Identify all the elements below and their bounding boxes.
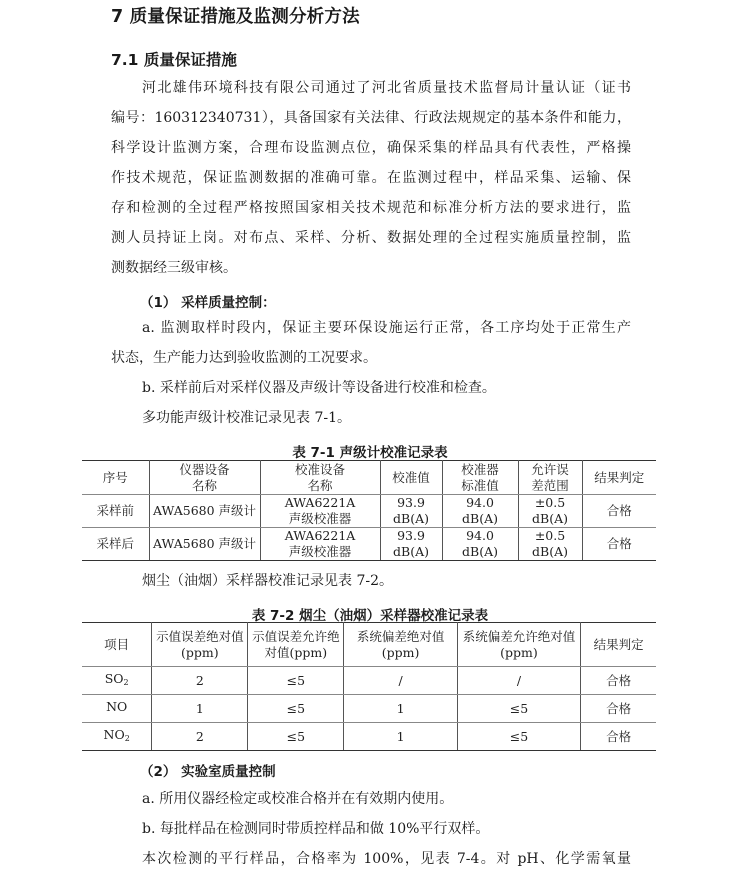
cell-system-dev: / bbox=[344, 667, 457, 695]
header-cell: 校准值 bbox=[380, 461, 442, 495]
header-cell: 项目 bbox=[82, 623, 152, 667]
header-cell: 系统偏差绝对值(ppm) bbox=[344, 623, 457, 667]
cell-system-allow: / bbox=[457, 667, 580, 695]
cell-calibrator: AWA6221A声级校准器 bbox=[260, 495, 380, 528]
table-7-2: 项目 示值误差绝对值(ppm) 示值误差允许绝对值(ppm) 系统偏差绝对值(p… bbox=[82, 622, 656, 751]
table-row: 采样前 AWA5680 声级计 AWA6221A声级校准器 93.9dB(A) … bbox=[82, 495, 656, 528]
cell-indication-allow: ≤5 bbox=[248, 667, 344, 695]
cell-item: SO2 bbox=[82, 667, 152, 695]
table-row: NO 1 ≤5 1 ≤5 合格 bbox=[82, 695, 656, 723]
section-heading: 7 质量保证措施及监测分析方法 bbox=[111, 3, 360, 28]
cell-system-dev: 1 bbox=[344, 723, 457, 751]
cell-seq: 采样后 bbox=[82, 528, 149, 561]
cell-system-allow: ≤5 bbox=[457, 723, 580, 751]
paragraph-line: 河北雄伟环境科技有限公司通过了河北省质量技术监督局计量认证（证书 bbox=[111, 73, 631, 103]
subsection-heading: 7.1 质量保证措施 bbox=[111, 48, 237, 70]
cell-indication-error: 1 bbox=[152, 695, 248, 723]
cell-result: 合格 bbox=[582, 495, 656, 528]
cell-tolerance: ±0.5dB(A) bbox=[518, 528, 582, 561]
cell-system-allow: ≤5 bbox=[457, 695, 580, 723]
cell-seq: 采样前 bbox=[82, 495, 149, 528]
cell-instrument: AWA5680 声级计 bbox=[149, 495, 260, 528]
header-cell: 序号 bbox=[82, 461, 149, 495]
cell-result: 合格 bbox=[581, 723, 656, 751]
header-cell: 结果判定 bbox=[582, 461, 656, 495]
lab-qc-item-b: b. 每批样品在检测同时带质控样品和做 10%平行双样。 bbox=[142, 814, 489, 844]
cell-result: 合格 bbox=[581, 695, 656, 723]
header-cell: 示值误差绝对值(ppm) bbox=[152, 623, 248, 667]
table-7-1-caption: 表 7-1 声级计校准记录表 bbox=[80, 441, 660, 461]
cell-indication-error: 2 bbox=[152, 723, 248, 751]
paragraph-line: 作技术规范，保证监测数据的准确可靠。在监测过程中，样品采集、运输、保 bbox=[111, 163, 631, 193]
table-7-1: 序号 仪器设备名称 校准设备名称 校准值 校准器标准值 允许误差范围 结果判定 … bbox=[82, 460, 656, 561]
intro-paragraph: 河北雄伟环境科技有限公司通过了河北省质量技术监督局计量认证（证书 编号：1603… bbox=[111, 73, 631, 283]
cell-tolerance: ±0.5dB(A) bbox=[518, 495, 582, 528]
paragraph-line: 状态，生产能力达到验收监测的工况要求。 bbox=[111, 343, 631, 373]
header-cell: 系统偏差允许绝对值(ppm) bbox=[457, 623, 580, 667]
lab-qc-title: （2） 实验室质量控制 bbox=[140, 760, 276, 780]
table-7-1-reference: 多功能声级计校准记录见表 7-1。 bbox=[142, 403, 351, 433]
header-cell: 仪器设备名称 bbox=[149, 461, 260, 495]
cell-item: NO2 bbox=[82, 723, 152, 751]
cell-standard: 94.0dB(A) bbox=[442, 528, 518, 561]
sampling-qc-title: （1） 采样质量控制： bbox=[140, 291, 276, 311]
document-page: 7 质量保证措施及监测分析方法 7.1 质量保证措施 河北雄伟环境科技有限公司通… bbox=[0, 0, 740, 873]
cell-value: 93.9dB(A) bbox=[380, 495, 442, 528]
header-cell: 允许误差范围 bbox=[518, 461, 582, 495]
table-7-2-reference: 烟尘（油烟）采样器校准记录见表 7-2。 bbox=[142, 566, 393, 596]
table-row: SO2 2 ≤5 / / 合格 bbox=[82, 667, 656, 695]
cell-item: NO bbox=[82, 695, 152, 723]
cell-standard: 94.0dB(A) bbox=[442, 495, 518, 528]
table-header-row: 序号 仪器设备名称 校准设备名称 校准值 校准器标准值 允许误差范围 结果判定 bbox=[82, 461, 656, 495]
sampling-qc-item-a: a. 监测取样时段内，保证主要环保设施运行正常，各工序均处于正常生产 状态，生产… bbox=[111, 313, 631, 373]
cell-calibrator: AWA6221A声级校准器 bbox=[260, 528, 380, 561]
paragraph-line: 测人员持证上岗。对布点、采样、分析、数据处理的全过程实施质量控制，监 bbox=[111, 223, 631, 253]
cell-result: 合格 bbox=[582, 528, 656, 561]
cell-value: 93.9dB(A) bbox=[380, 528, 442, 561]
header-cell: 校准设备名称 bbox=[260, 461, 380, 495]
paragraph-line: a. 监测取样时段内，保证主要环保设施运行正常，各工序均处于正常生产 bbox=[111, 313, 631, 343]
table-row: 采样后 AWA5680 声级计 AWA6221A声级校准器 93.9dB(A) … bbox=[82, 528, 656, 561]
cell-indication-allow: ≤5 bbox=[248, 723, 344, 751]
lab-qc-last-paragraph: 本次检测的平行样品，合格率为 100%，见表 7-4。对 pH、化学需氧量 bbox=[111, 844, 631, 873]
header-cell: 校准器标准值 bbox=[442, 461, 518, 495]
cell-instrument: AWA5680 声级计 bbox=[149, 528, 260, 561]
cell-system-dev: 1 bbox=[344, 695, 457, 723]
paragraph-line: 科学设计监测方案，合理布设监测点位，确保采集的样品具有代表性，严格操 bbox=[111, 133, 631, 163]
cell-result: 合格 bbox=[581, 667, 656, 695]
sampling-qc-item-b: b. 采样前后对采样仪器及声级计等设备进行校准和检查。 bbox=[142, 373, 496, 403]
cell-indication-error: 2 bbox=[152, 667, 248, 695]
header-cell: 结果判定 bbox=[581, 623, 656, 667]
paragraph-line: 编号：160312340731），具备国家有关法律、行政法规规定的基本条件和能力… bbox=[111, 103, 631, 133]
header-cell: 示值误差允许绝对值(ppm) bbox=[248, 623, 344, 667]
table-7-2-caption: 表 7-2 烟尘（油烟）采样器校准记录表 bbox=[80, 604, 660, 624]
paragraph-line: 本次检测的平行样品，合格率为 100%，见表 7-4。对 pH、化学需氧量 bbox=[111, 844, 631, 873]
lab-qc-item-a: a. 所用仪器经检定或校准合格并在有效期内使用。 bbox=[142, 784, 453, 814]
table-row: NO2 2 ≤5 1 ≤5 合格 bbox=[82, 723, 656, 751]
table-header-row: 项目 示值误差绝对值(ppm) 示值误差允许绝对值(ppm) 系统偏差绝对值(p… bbox=[82, 623, 656, 667]
paragraph-line: 测数据经三级审核。 bbox=[111, 253, 631, 283]
cell-indication-allow: ≤5 bbox=[248, 695, 344, 723]
paragraph-line: 存和检测的全过程严格按照国家相关技术规范和标准分析方法的要求进行，监 bbox=[111, 193, 631, 223]
